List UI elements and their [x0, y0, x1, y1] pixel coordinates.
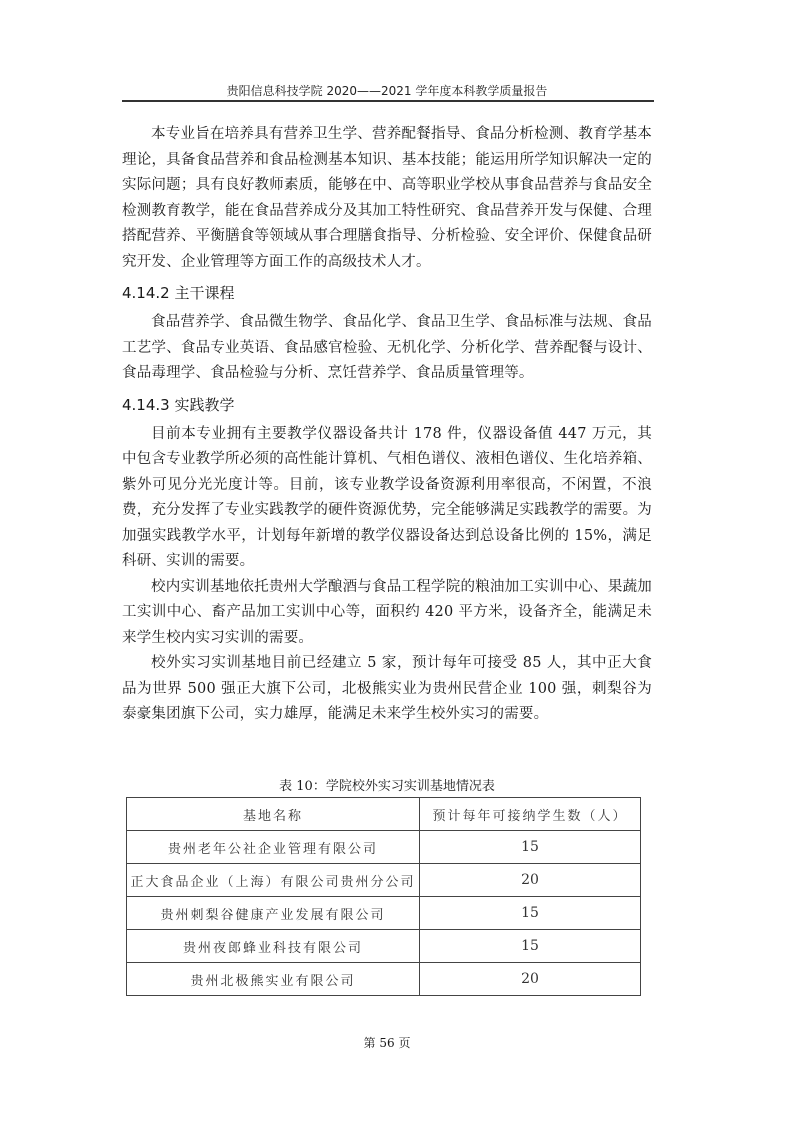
capacity-cell: 15 [419, 897, 640, 930]
table-row: 贵州老年公社企业管理有限公司 15 [127, 831, 641, 864]
capacity-cell: 15 [419, 831, 640, 864]
practice-teaching-heading: 4.14.3 实践教学 [122, 393, 652, 418]
column-header-base-name: 基地名称 [127, 798, 420, 831]
intro-paragraph: 本专业旨在培养具有营养卫生学、营养配餐指导、食品分析检测、教育学基本理论，具备食… [122, 122, 652, 275]
main-courses-paragraph: 食品营养学、食品微生物学、食品化学、食品卫生学、食品标准与法规、食品工艺学、食品… [122, 310, 652, 387]
base-name-cell: 贵州夜郎蜂业科技有限公司 [127, 930, 420, 963]
base-name-cell: 正大食品企业（上海）有限公司贵州分公司 [127, 864, 420, 897]
page-number: 第 56 页 [122, 1034, 652, 1051]
on-campus-base-paragraph: 校内实训基地依托贵州大学酿酒与食品工程学院的粮油加工实训中心、果蔬加工实训中心、… [122, 575, 652, 652]
page-body: 本专业旨在培养具有营养卫生学、营养配餐指导、食品分析检测、教育学基本理论，具备食… [122, 122, 652, 728]
header-divider [122, 100, 654, 102]
main-courses-heading: 4.14.2 主干课程 [122, 281, 652, 306]
base-name-cell: 贵州刺梨谷健康产业发展有限公司 [127, 897, 420, 930]
capacity-cell: 20 [419, 963, 640, 996]
table-row: 贵州夜郎蜂业科技有限公司 15 [127, 930, 641, 963]
training-base-table: 基地名称 预计每年可接纳学生数（人） 贵州老年公社企业管理有限公司 15 正大食… [126, 797, 641, 996]
table-caption: 表 10：学院校外实习实训基地情况表 [122, 775, 652, 794]
equipment-paragraph: 目前本专业拥有主要教学仪器设备共计 178 件，仪器设备值 447 万元，其中包… [122, 422, 652, 575]
table-row: 正大食品企业（上海）有限公司贵州分公司 20 [127, 864, 641, 897]
capacity-cell: 15 [419, 930, 640, 963]
table-header-row: 基地名称 预计每年可接纳学生数（人） [127, 798, 641, 831]
capacity-cell: 20 [419, 864, 640, 897]
base-name-cell: 贵州老年公社企业管理有限公司 [127, 831, 420, 864]
base-name-cell: 贵州北极熊实业有限公司 [127, 963, 420, 996]
table-row: 贵州刺梨谷健康产业发展有限公司 15 [127, 897, 641, 930]
table-row: 贵州北极熊实业有限公司 20 [127, 963, 641, 996]
off-campus-base-paragraph: 校外实习实训基地目前已经建立 5 家，预计每年可接受 85 人，其中正大食品为世… [122, 651, 652, 728]
column-header-capacity: 预计每年可接纳学生数（人） [419, 798, 640, 831]
page-header: 贵阳信息科技学院 2020——2021 学年度本科教学质量报告 [120, 82, 654, 99]
